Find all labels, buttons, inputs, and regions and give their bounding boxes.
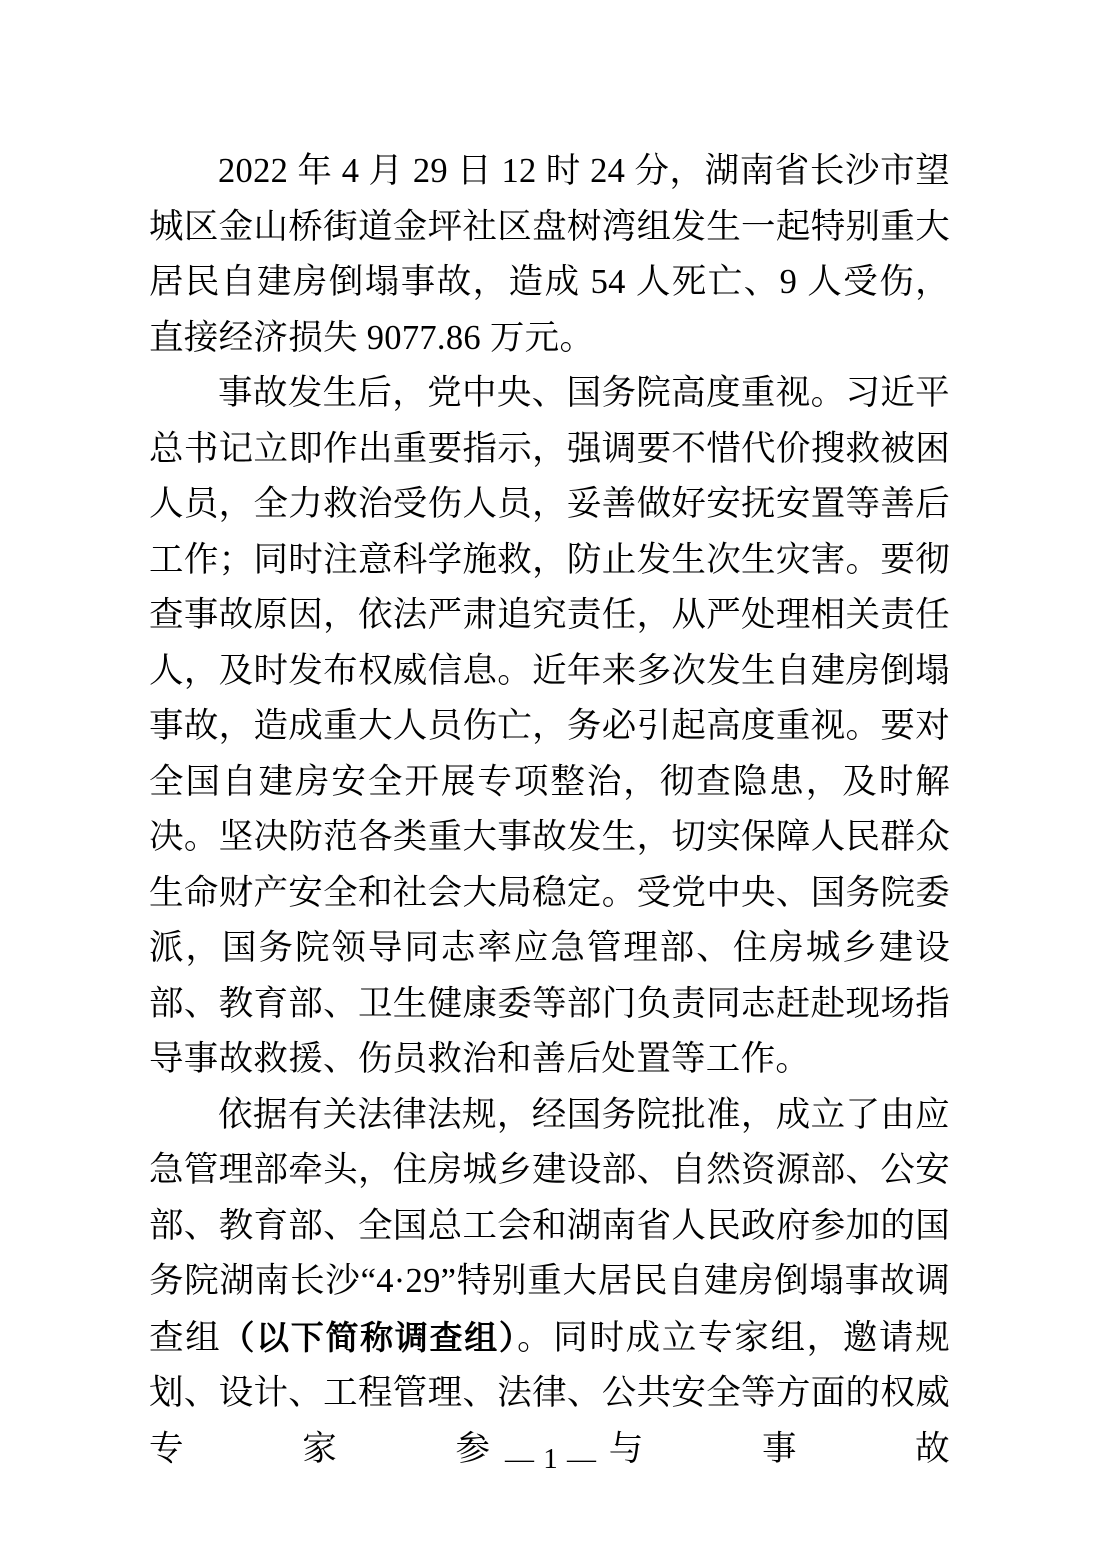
investigation-team-text-before: 依据有关法律法规，经国务院批准，成立了由应急管理部牵头，住房城乡建设部、自然资源… [149,1096,950,1357]
page-number: — 1 — [0,1442,1102,1476]
paragraph-incident-summary: 2022 年 4 月 29 日 12 时 24 分，湖南省长沙市望城区金山桥街道… [149,144,950,366]
paragraph-leadership-response: 事故发生后，党中央、国务院高度重视。习近平总书记立即作出重要指示，强调要不惜代价… [149,366,950,1088]
abbreviation-note-bold: （以下简称调查组） [221,1319,517,1356]
paragraph-investigation-team: 依据有关法律法规，经国务院批准，成立了由应急管理部牵头，住房城乡建设部、自然资源… [149,1088,950,1478]
document-body: 2022 年 4 月 29 日 12 时 24 分，湖南省长沙市望城区金山桥街道… [149,144,950,1477]
document-page: 2022 年 4 月 29 日 12 时 24 分，湖南省长沙市望城区金山桥街道… [0,0,1102,1559]
